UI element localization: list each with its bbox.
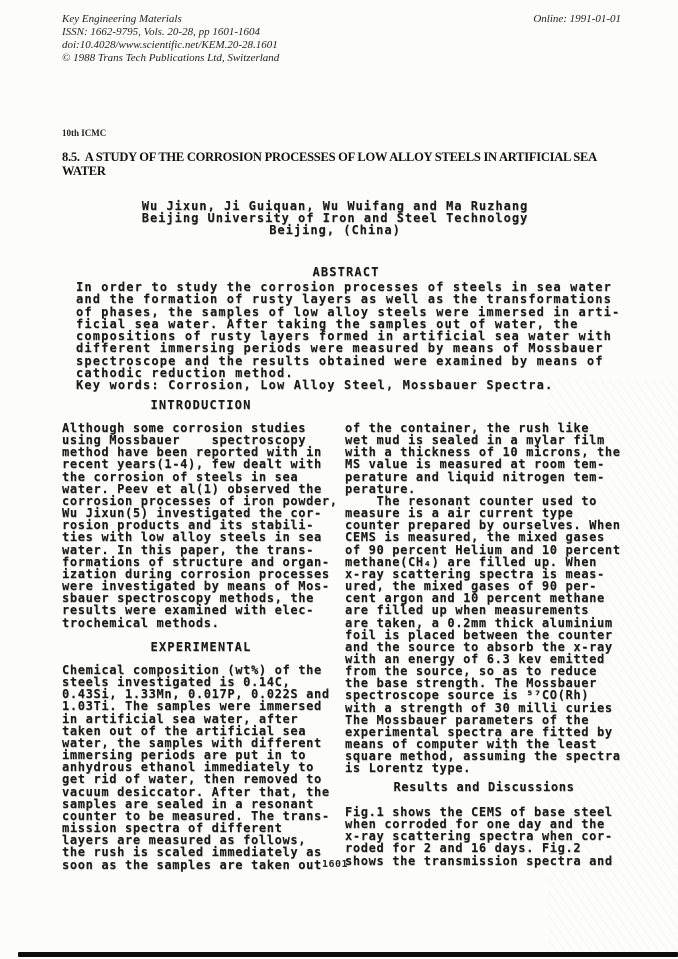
journal-name: Key Engineering Materials <box>62 13 482 26</box>
online-date: Online: 1991-01-01 <box>533 13 621 26</box>
issn-line: ISSN: 1662-9795, Vols. 20-28, pp 1601-16… <box>62 26 482 39</box>
abstract-heading: ABSTRACT <box>76 266 616 278</box>
right-column-paragraph-2: Fig.1 shows the CEMS of base steel when … <box>345 806 633 867</box>
conference-tag: 10th ICMC <box>62 128 106 138</box>
introduction-body: Although some corrosion studies using Mo… <box>62 422 350 629</box>
author-block: Wu Jixun, Ji Guiquan, Wu Wuifang and Ma … <box>110 200 560 236</box>
copyright-line: © 1988 Trans Tech Publications Ltd, Swit… <box>62 52 482 65</box>
doi-line: doi:10.4028/www.scientific.net/KEM.20-28… <box>62 39 482 52</box>
scanned-paper-page: Key Engineering Materials ISSN: 1662-979… <box>0 0 678 959</box>
introduction-heading: INTRODUCTION <box>62 399 340 411</box>
results-heading: Results and Discussions <box>345 781 623 793</box>
scan-edge-bar <box>18 952 678 957</box>
page-number: 1601 <box>322 859 348 870</box>
paper-title: 8.5. A STUDY OF THE CORROSION PROCESSES … <box>62 150 622 178</box>
author-location: Beijing, (China) <box>110 224 560 236</box>
right-column-paragraph-1: of the container, the rush like wet mud … <box>345 422 633 775</box>
abstract-body: In order to study the corrosion processe… <box>76 281 628 392</box>
publisher-header: Key Engineering Materials ISSN: 1662-979… <box>62 13 482 65</box>
experimental-body: Chemical composition (wt%) of the steels… <box>62 664 350 871</box>
experimental-heading: EXPERIMENTAL <box>62 641 340 653</box>
